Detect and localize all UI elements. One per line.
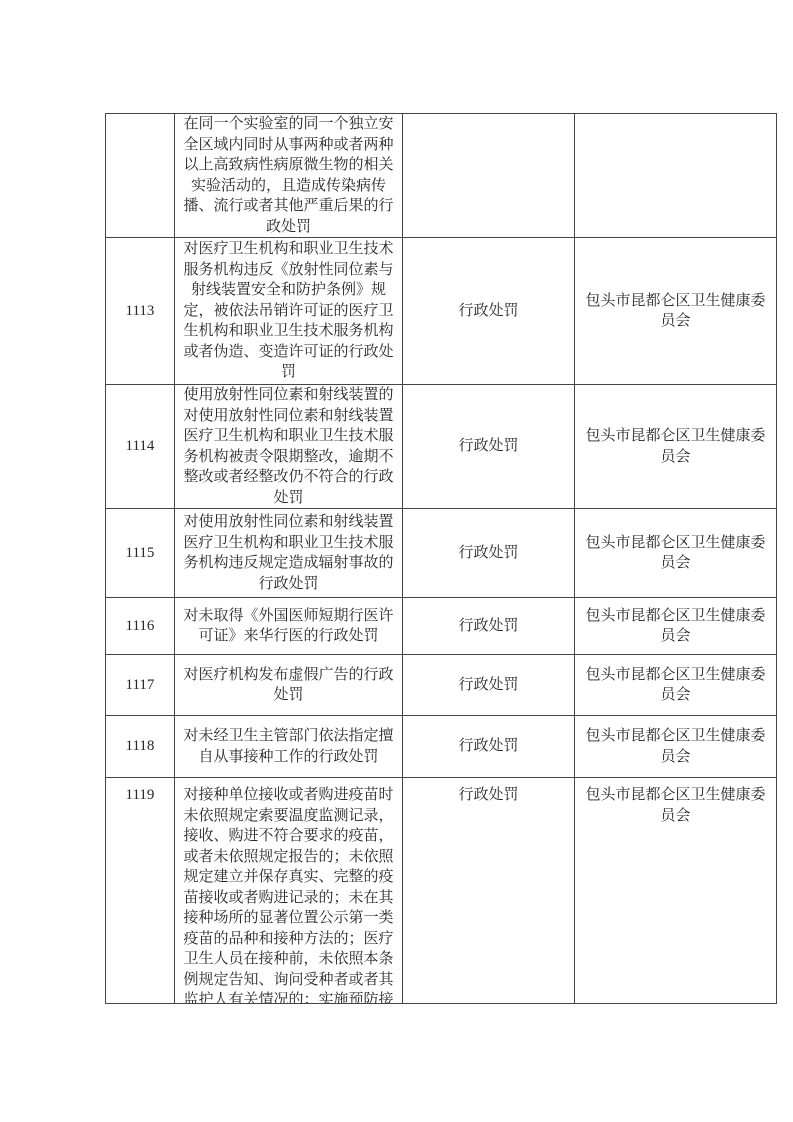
row-id-cell [106, 114, 175, 238]
row-id: 1117 [106, 675, 174, 696]
department-text: 包头市昆都仑区卫生健康委员会 [580, 726, 771, 767]
matter-cell: 对接种单位接收或者购进疫苗时未依照规定索要温度监测记录，接收、购进不符合要求的疫… [175, 778, 403, 1004]
department-text: 包头市昆都仑区卫生健康委员会 [580, 426, 771, 467]
department-cell: 包头市昆都仑区卫生健康委员会 [575, 598, 777, 655]
department-cell: 包头市昆都仑区卫生健康委员会 [575, 716, 777, 778]
row-id: 1114 [106, 436, 174, 457]
penalty-type-cell: 行政处罚 [403, 655, 575, 716]
penalty-type-text: 行政处罚 [403, 675, 574, 696]
penalty-type-cell [403, 114, 575, 238]
matter-cell: 对未经卫生主管部门依法指定擅自从事接种工作的行政处罚 [175, 716, 403, 778]
row-id-cell: 1114 [106, 385, 175, 509]
matter-cell: 使用放射性同位素和射线装置的对使用放射性同位素和射线装置医疗卫生机构和职业卫生技… [175, 385, 403, 509]
department-cell [575, 114, 777, 238]
document-page: 在同一个实验室的同一个独立安全区域内同时从事两种或者两种以上高致病性病原微生物的… [0, 0, 793, 1122]
row-id-cell: 1116 [106, 598, 175, 655]
matter-text: 对未取得《外国医师短期行医许可证》来华行医的行政处罚 [183, 606, 394, 647]
department-cell: 包头市昆都仑区卫生健康委员会 [575, 385, 777, 509]
row-id-cell: 1119 [106, 778, 175, 1004]
department-cell: 包头市昆都仑区卫生健康委员会 [575, 238, 777, 385]
penalty-type-text: 行政处罚 [403, 616, 574, 637]
penalty-type-text: 行政处罚 [403, 736, 574, 757]
row-id: 1116 [106, 616, 174, 637]
row-id-cell: 1118 [106, 716, 175, 778]
penalty-type-text: 行政处罚 [403, 543, 574, 564]
penalty-type-text: 行政处罚 [403, 301, 574, 322]
matter-text: 对医疗卫生机构和职业卫生技术服务机构违反《放射性同位素与射线装置安全和防护条例》… [183, 239, 394, 383]
penalty-type-text: 行政处罚 [403, 785, 574, 806]
row-id-cell: 1117 [106, 655, 175, 716]
matter-cell: 对使用放射性同位素和射线装置医疗卫生机构和职业卫生技术服务机构违反规定造成辐射事… [175, 509, 403, 598]
penalty-type-text: 行政处罚 [403, 436, 574, 457]
matter-cell: 在同一个实验室的同一个独立安全区域内同时从事两种或者两种以上高致病性病原微生物的… [175, 114, 403, 238]
department-text: 包头市昆都仑区卫生健康委员会 [580, 533, 771, 574]
row-id: 1113 [106, 301, 174, 322]
matter-text: 对医疗机构发布虚假广告的行政处罚 [183, 665, 394, 706]
department-text: 包头市昆都仑区卫生健康委员会 [580, 785, 771, 826]
penalty-items-table: 在同一个实验室的同一个独立安全区域内同时从事两种或者两种以上高致病性病原微生物的… [105, 113, 777, 1004]
penalty-type-cell: 行政处罚 [403, 778, 575, 1004]
department-cell: 包头市昆都仑区卫生健康委员会 [575, 778, 777, 1004]
penalty-type-cell: 行政处罚 [403, 385, 575, 509]
department-text: 包头市昆都仑区卫生健康委员会 [580, 606, 771, 647]
penalty-type-cell: 行政处罚 [403, 598, 575, 655]
row-id-cell: 1115 [106, 509, 175, 598]
matter-text: 使用放射性同位素和射线装置的对使用放射性同位素和射线装置医疗卫生机构和职业卫生技… [183, 385, 394, 508]
matter-cell: 对医疗机构发布虚假广告的行政处罚 [175, 655, 403, 716]
matter-text: 对未经卫生主管部门依法指定擅自从事接种工作的行政处罚 [183, 726, 394, 767]
row-id: 1115 [106, 543, 174, 564]
penalty-type-cell: 行政处罚 [403, 509, 575, 598]
matter-text: 对接种单位接收或者购进疫苗时未依照规定索要温度监测记录，接收、购进不符合要求的疫… [183, 785, 394, 1004]
department-text: 包头市昆都仑区卫生健康委员会 [580, 291, 771, 332]
row-id-cell: 1113 [106, 238, 175, 385]
row-id: 1119 [106, 785, 174, 806]
matter-text: 在同一个实验室的同一个独立安全区域内同时从事两种或者两种以上高致病性病原微生物的… [183, 114, 394, 237]
matter-cell: 对医疗卫生机构和职业卫生技术服务机构违反《放射性同位素与射线装置安全和防护条例》… [175, 238, 403, 385]
row-id: 1118 [106, 736, 174, 757]
penalty-type-cell: 行政处罚 [403, 238, 575, 385]
department-text: 包头市昆都仑区卫生健康委员会 [580, 665, 771, 706]
matter-cell: 对未取得《外国医师短期行医许可证》来华行医的行政处罚 [175, 598, 403, 655]
department-cell: 包头市昆都仑区卫生健康委员会 [575, 509, 777, 598]
department-cell: 包头市昆都仑区卫生健康委员会 [575, 655, 777, 716]
penalty-type-cell: 行政处罚 [403, 716, 575, 778]
matter-text: 对使用放射性同位素和射线装置医疗卫生机构和职业卫生技术服务机构违反规定造成辐射事… [183, 512, 394, 594]
